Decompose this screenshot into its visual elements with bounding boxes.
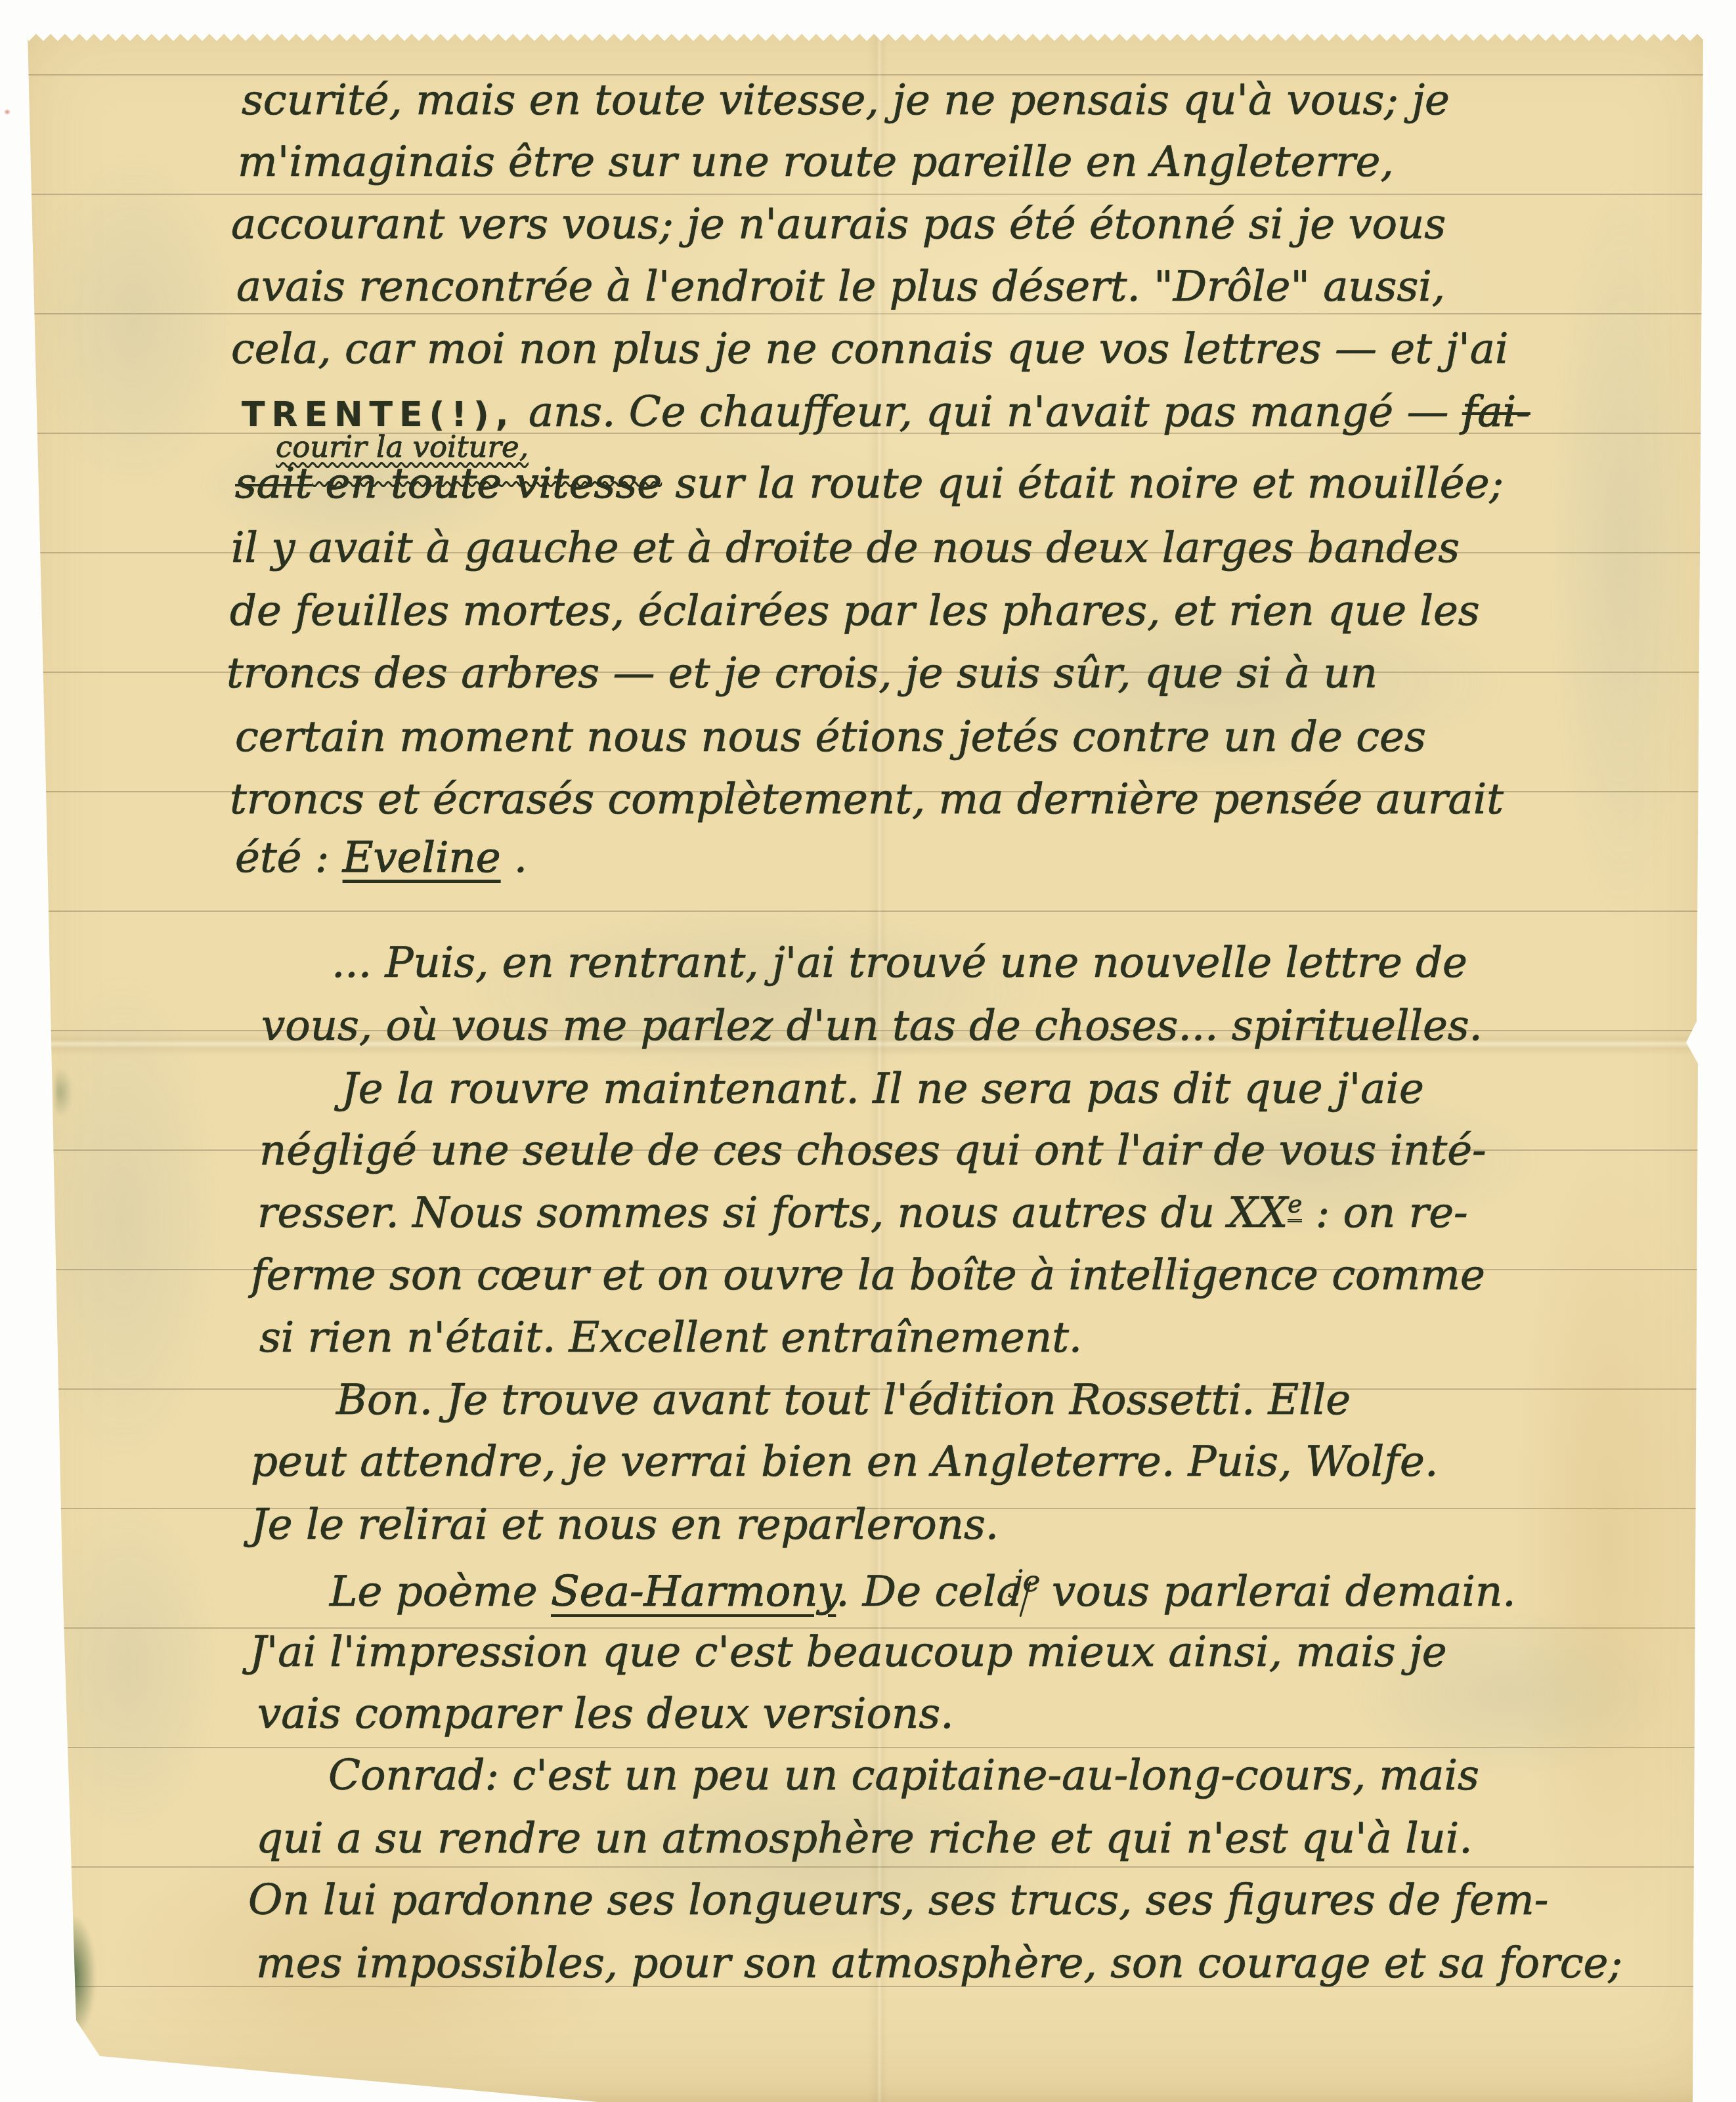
letter-line: scurité, mais en toute vitesse, je ne pe… xyxy=(242,77,1450,123)
letter-line: ferme son cœur et on ouvre la boîte à in… xyxy=(251,1253,1485,1298)
letter-line-text: : on re- xyxy=(1302,1189,1467,1237)
underlined-poem-title: Sea-Harmony xyxy=(551,1568,836,1616)
printed-caps-word: TRENTE(!), xyxy=(242,395,515,435)
letter-line: Bon. Je trouve avant tout l'édition Ross… xyxy=(336,1377,1351,1423)
letter-line-text: sur la route qui était noire et mouillée… xyxy=(662,460,1504,508)
paper-sheet: scurité, mais en toute vitesse, je ne pe… xyxy=(0,0,1736,2102)
struck-phrase: en toute vitesse xyxy=(312,460,662,508)
letter-line: avais rencontrée à l'endroit le plus dés… xyxy=(236,264,1445,310)
underlined-name: Eveline xyxy=(343,834,501,882)
letter-line: Le poème Sea-Harmony. De celaje vous par… xyxy=(330,1569,1516,1615)
letter-line: vais comparer les deux versions. xyxy=(257,1691,953,1737)
ink-dot-stain xyxy=(33,609,42,630)
letter-line-text: Le poème xyxy=(330,1568,551,1616)
letter-line: troncs des arbres — et je crois, je suis… xyxy=(227,651,1378,697)
letter-line: resser. Nous sommes si forts, nous autre… xyxy=(257,1190,1468,1236)
letter-line: TRENTE(!), ans. Ce chauffeur, qui n'avai… xyxy=(242,389,1530,435)
scanned-letter-page: scurité, mais en toute vitesse, je ne pe… xyxy=(0,0,1736,2102)
letter-line: Je le relirai et nous en reparlerons. xyxy=(251,1502,999,1548)
letter-line: mes impossibles, pour son atmosphère, so… xyxy=(256,1941,1622,1986)
letter-line: Conrad: c'est un peu un capitaine-au-lon… xyxy=(328,1753,1479,1799)
inserted-correction: courir la voiture, xyxy=(276,431,529,463)
torn-notebook-edge xyxy=(0,33,1736,42)
letter-line-text: ans. Ce chauffeur, qui n'avait pas mangé… xyxy=(515,388,1462,437)
inserted-word: je xyxy=(1014,1565,1041,1598)
letter-line-text: vous parlerai demain. xyxy=(1039,1568,1516,1616)
letter-line: accourant vers vous; je n'aurais pas été… xyxy=(231,202,1446,247)
letter-line: J'ai l'impression que c'est beaucoup mie… xyxy=(250,1629,1447,1675)
letter-line: si rien n'était. Excellent entraînement. xyxy=(259,1315,1082,1361)
letter-line: certain moment nous nous étions jetés co… xyxy=(235,714,1426,760)
letter-line-text: resser. Nous sommes si forts, nous autre… xyxy=(257,1189,1288,1237)
letter-line: courir la voiture, sait en toute vitesse… xyxy=(235,461,1504,507)
letter-line: de feuilles mortes, éclairées par les ph… xyxy=(230,588,1480,634)
letter-line: qui a su rendre un atmosphère riche et q… xyxy=(256,1816,1473,1862)
letter-line-text: . xyxy=(501,834,528,882)
letter-line: vous, où vous me parlez d'un tas de chos… xyxy=(261,1003,1483,1049)
letter-line: été : Eveline . xyxy=(235,835,527,881)
letter-line: On lui pardonne ses longueurs, ses trucs… xyxy=(248,1877,1548,1923)
letter-line: ... Puis, en rentrant, j'ai trouvé une n… xyxy=(332,940,1467,986)
letter-line-text: été : xyxy=(235,834,343,882)
letter-line: m'imaginais être sur une route pareille … xyxy=(238,139,1394,185)
letter-line: cela, car moi non plus je ne connais que… xyxy=(231,326,1508,372)
letter-line: négligé une seule de ces choses qui ont … xyxy=(259,1128,1486,1174)
letter-line: Je la rouvre maintenant. Il ne sera pas … xyxy=(341,1066,1424,1112)
letter-line: troncs et écrasés complètement, ma derni… xyxy=(230,777,1504,823)
superscript-ordinal: e xyxy=(1288,1190,1302,1222)
red-speck xyxy=(4,109,11,115)
letter-line: il y avait à gauche et à droite de nous … xyxy=(231,525,1460,571)
letter-line-text: . De cela xyxy=(836,1568,1022,1616)
struck-word: sait xyxy=(235,460,312,508)
letter-line: peut attendre, je verrai bien en Anglete… xyxy=(251,1439,1438,1485)
struck-word: fai- xyxy=(1462,388,1530,437)
